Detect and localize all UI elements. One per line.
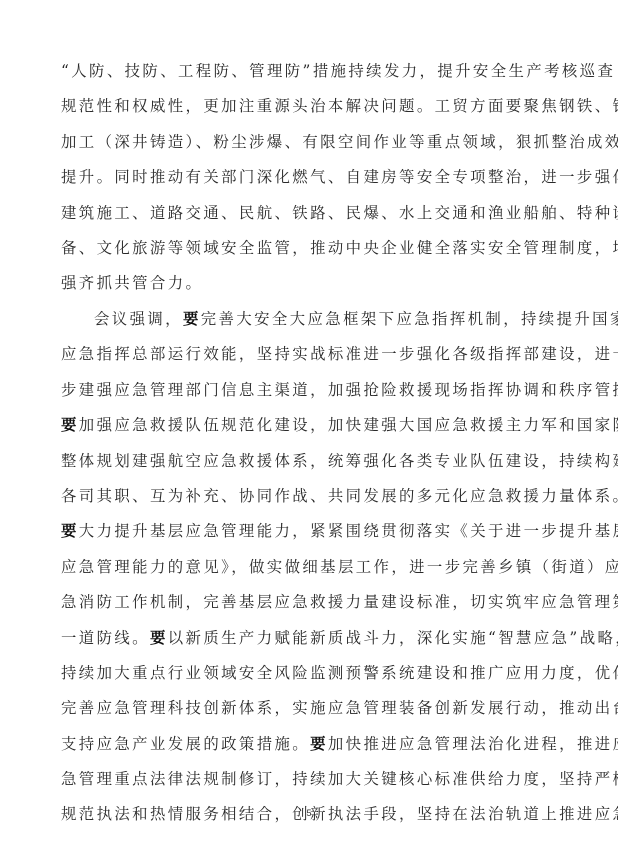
- text-run: 大力提升基层应急管理能力，紧紧围绕贯彻落实《关于进一步提升基层: [79, 522, 618, 540]
- text-line: 要大力提升基层应急管理能力，紧紧围绕贯彻落实《关于进一步提升基层: [61, 514, 557, 549]
- text-run: 一道防线。: [61, 629, 150, 647]
- text-run: 整体规划建强航空应急救援体系，统筹强化各类专业队伍建设，持续构建: [61, 452, 618, 470]
- text-run: 加强应急救援队伍规范化建设，加快建强大国应急救援主力军和国家队，: [79, 416, 618, 434]
- paragraph-2: 会议强调，要完善大安全大应急框架下应急指挥机制，持续提升国家应急指挥总部运行效能…: [61, 302, 557, 833]
- text-run: “人防、技防、工程防、管理防”措施持续发力，提升安全生产考核巡查: [61, 62, 615, 80]
- text-line: 要加强应急救援队伍规范化建设，加快建强大国应急救援主力军和国家队，: [61, 408, 557, 443]
- text-line: 建筑施工、道路交通、民航、铁路、民爆、水上交通和渔业船舶、特种设: [61, 196, 557, 231]
- text-run: 急消防工作机制，完善基层应急救援力量建设标准，切实筑牢应急管理第: [61, 593, 618, 611]
- page-number: 5: [0, 808, 618, 818]
- text-run: 持续加大重点行业领域安全风险监测预警系统建设和推广应用力度，优化: [61, 664, 618, 682]
- text-line: “人防、技防、工程防、管理防”措施持续发力，提升安全生产考核巡查: [61, 54, 557, 89]
- text-line: 完善应急管理科技创新体系，实施应急管理装备创新发展行动，推动出台: [61, 691, 557, 726]
- text-run: 加快推进应急管理法治化进程，推进应: [328, 735, 618, 753]
- text-run: 急管理重点法律法规制修订，持续加大关键核心标准供给力度，坚持严格: [61, 770, 618, 788]
- text-run: 提升。同时推动有关部门深化燃气、自建房等安全专项整治，进一步强化: [61, 168, 618, 186]
- text-run: 步建强应急管理部门信息主渠道，加强抢险救援现场指挥协调和秩序管控。: [61, 381, 618, 399]
- text-run: 规范性和权威性，更加注重源头治本解决问题。工贸方面要聚焦钢铁、铝: [61, 97, 618, 115]
- text-run: 以新质生产力赋能新质战斗力，深化实施“智慧应急”战略，: [168, 629, 618, 647]
- text-run: 强齐抓共管合力。: [61, 274, 203, 292]
- bold-keyword: 要: [310, 735, 328, 753]
- text-run: 会议强调，: [94, 310, 183, 328]
- text-line: 整体规划建强航空应急救援体系，统筹强化各类专业队伍建设，持续构建: [61, 444, 557, 479]
- text-line: 提升。同时推动有关部门深化燃气、自建房等安全专项整治，进一步强化: [61, 160, 557, 195]
- bold-keyword: 要: [61, 522, 79, 540]
- text-run: 各司其职、互为补充、协同作战、共同发展的多元化应急救援力量体系。: [61, 487, 618, 505]
- text-line: 会议强调，要完善大安全大应急框架下应急指挥机制，持续提升国家: [61, 302, 557, 337]
- bold-keyword: 要: [150, 629, 168, 647]
- text-line: 各司其职、互为补充、协同作战、共同发展的多元化应急救援力量体系。: [61, 479, 557, 514]
- text-line: 备、文化旅游等领域安全监管，推动中央企业健全落实安全管理制度，增: [61, 231, 557, 266]
- text-line: 步建强应急管理部门信息主渠道，加强抢险救援现场指挥协调和秩序管控。: [61, 373, 557, 408]
- text-run: 备、文化旅游等领域安全监管，推动中央企业健全落实安全管理制度，增: [61, 239, 618, 257]
- text-run: 应急指挥总部运行效能，坚持实战标准进一步强化各级指挥部建设，进一: [61, 345, 618, 363]
- text-run: 完善应急管理科技创新体系，实施应急管理装备创新发展行动，推动出台: [61, 699, 618, 717]
- document-page: “人防、技防、工程防、管理防”措施持续发力，提升安全生产考核巡查规范性和权威性，…: [0, 0, 618, 858]
- text-run: 建筑施工、道路交通、民航、铁路、民爆、水上交通和渔业船舶、特种设: [61, 204, 618, 222]
- text-line: 规范性和权威性，更加注重源头治本解决问题。工贸方面要聚焦钢铁、铝: [61, 89, 557, 124]
- text-line: 一道防线。要以新质生产力赋能新质战斗力，深化实施“智慧应急”战略，: [61, 621, 557, 656]
- text-line: 强齐抓共管合力。: [61, 266, 557, 301]
- text-line: 应急指挥总部运行效能，坚持实战标准进一步强化各级指挥部建设，进一: [61, 337, 557, 372]
- text-run: 完善大安全大应急框架下应急指挥机制，持续提升国家: [201, 310, 618, 328]
- text-run: 支持应急产业发展的政策措施。: [61, 735, 310, 753]
- text-line: 应急管理能力的意见》，做实做细基层工作，进一步完善乡镇（街道）应: [61, 550, 557, 585]
- text-line: 加工（深井铸造）、粉尘涉爆、有限空间作业等重点领域，狠抓整治成效: [61, 125, 557, 160]
- text-run: 应急管理能力的意见》，做实做细基层工作，进一步完善乡镇（街道）应: [61, 558, 618, 576]
- paragraph-1: “人防、技防、工程防、管理防”措施持续发力，提升安全生产考核巡查规范性和权威性，…: [61, 54, 557, 302]
- bold-keyword: 要: [61, 416, 79, 434]
- text-run: 加工（深井铸造）、粉尘涉爆、有限空间作业等重点领域，狠抓整治成效: [61, 133, 618, 151]
- text-line: 急管理重点法律法规制修订，持续加大关键核心标准供给力度，坚持严格: [61, 762, 557, 797]
- text-line: 支持应急产业发展的政策措施。要加快推进应急管理法治化进程，推进应: [61, 727, 557, 762]
- text-line: 急消防工作机制，完善基层应急救援力量建设标准，切实筑牢应急管理第: [61, 585, 557, 620]
- text-line: 持续加大重点行业领域安全风险监测预警系统建设和推广应用力度，优化: [61, 656, 557, 691]
- bold-keyword: 要: [183, 310, 201, 328]
